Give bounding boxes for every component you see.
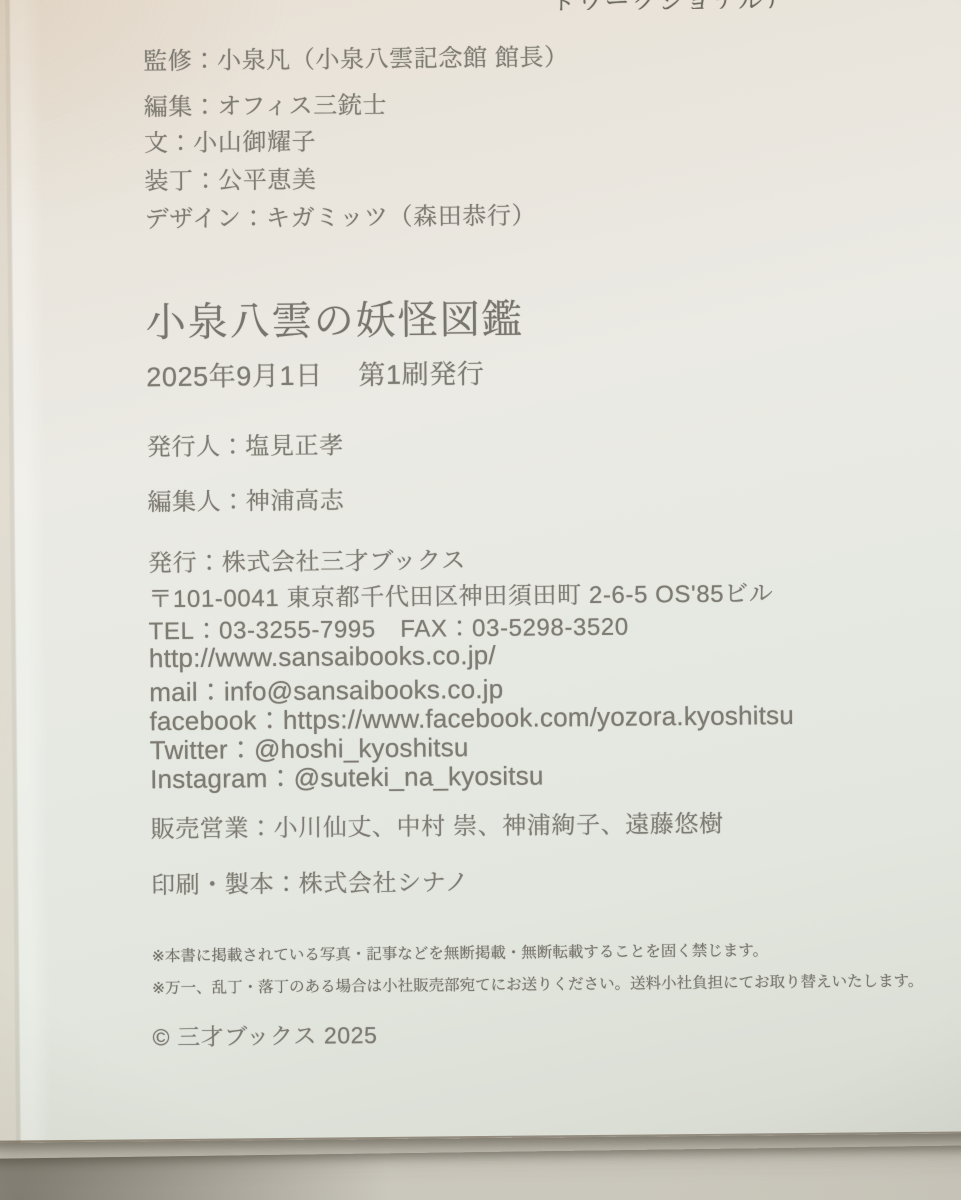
credit-design-line: デザイン：キガミッツ（森田恭行） bbox=[145, 195, 537, 234]
printing-line: 印刷・製本：株式会社シナノ bbox=[151, 862, 469, 900]
copyright-line: © 三才ブックス 2025 bbox=[152, 1017, 377, 1052]
note-line-2: ※万一、乱丁・落丁のある場合は小社販売部宛てにお送りください。送料小社負担にてお… bbox=[152, 969, 923, 998]
book-title: 小泉八雲の妖怪図鑑 bbox=[145, 288, 524, 349]
photo-of-book-colophon: ドワークショナル） 監修：小泉凡（小泉八雲記念館 館長） 編集：オフィス三銃士 … bbox=[0, 0, 961, 1200]
sales-line: 販売営業：小川仙丈、中村 崇、神浦絢子、遠藤悠樹 bbox=[150, 804, 723, 844]
colophon-page: ドワークショナル） 監修：小泉凡（小泉八雲記念館 館長） 編集：オフィス三銃士 … bbox=[0, 0, 961, 1143]
publisher-line: 発行：株式会社三才ブックス bbox=[148, 540, 466, 578]
credit-text-line: 文：小山御耀子 bbox=[144, 122, 317, 159]
cropped-text-fragment: ドワークショナル） bbox=[551, 0, 792, 10]
publisher-person-line: 発行人：塩見正孝 bbox=[147, 425, 344, 462]
editor-person-line: 編集人：神浦高志 bbox=[147, 480, 344, 517]
credit-editing-line: 編集：オフィス三銃士 bbox=[143, 85, 387, 122]
cropped-text-line: ドワークショナル） bbox=[551, 0, 792, 10]
page-content: ドワークショナル） 監修：小泉凡（小泉八雲記念館 館長） 編集：オフィス三銃士 … bbox=[0, 0, 961, 1200]
credit-supervision-line: 監修：小泉凡（小泉八雲記念館 館長） bbox=[143, 37, 569, 76]
credit-binding-line: 装丁：公平恵美 bbox=[144, 160, 317, 197]
note-line-1: ※本書に掲載されている写真・記事などを無断掲載・無断転載することを固く禁じます。 bbox=[152, 938, 768, 966]
instagram-line: Instagram：@suteki_na_kyositsu bbox=[150, 755, 544, 796]
edition-date: 2025年9月1日 第1刷発行 bbox=[146, 352, 485, 394]
